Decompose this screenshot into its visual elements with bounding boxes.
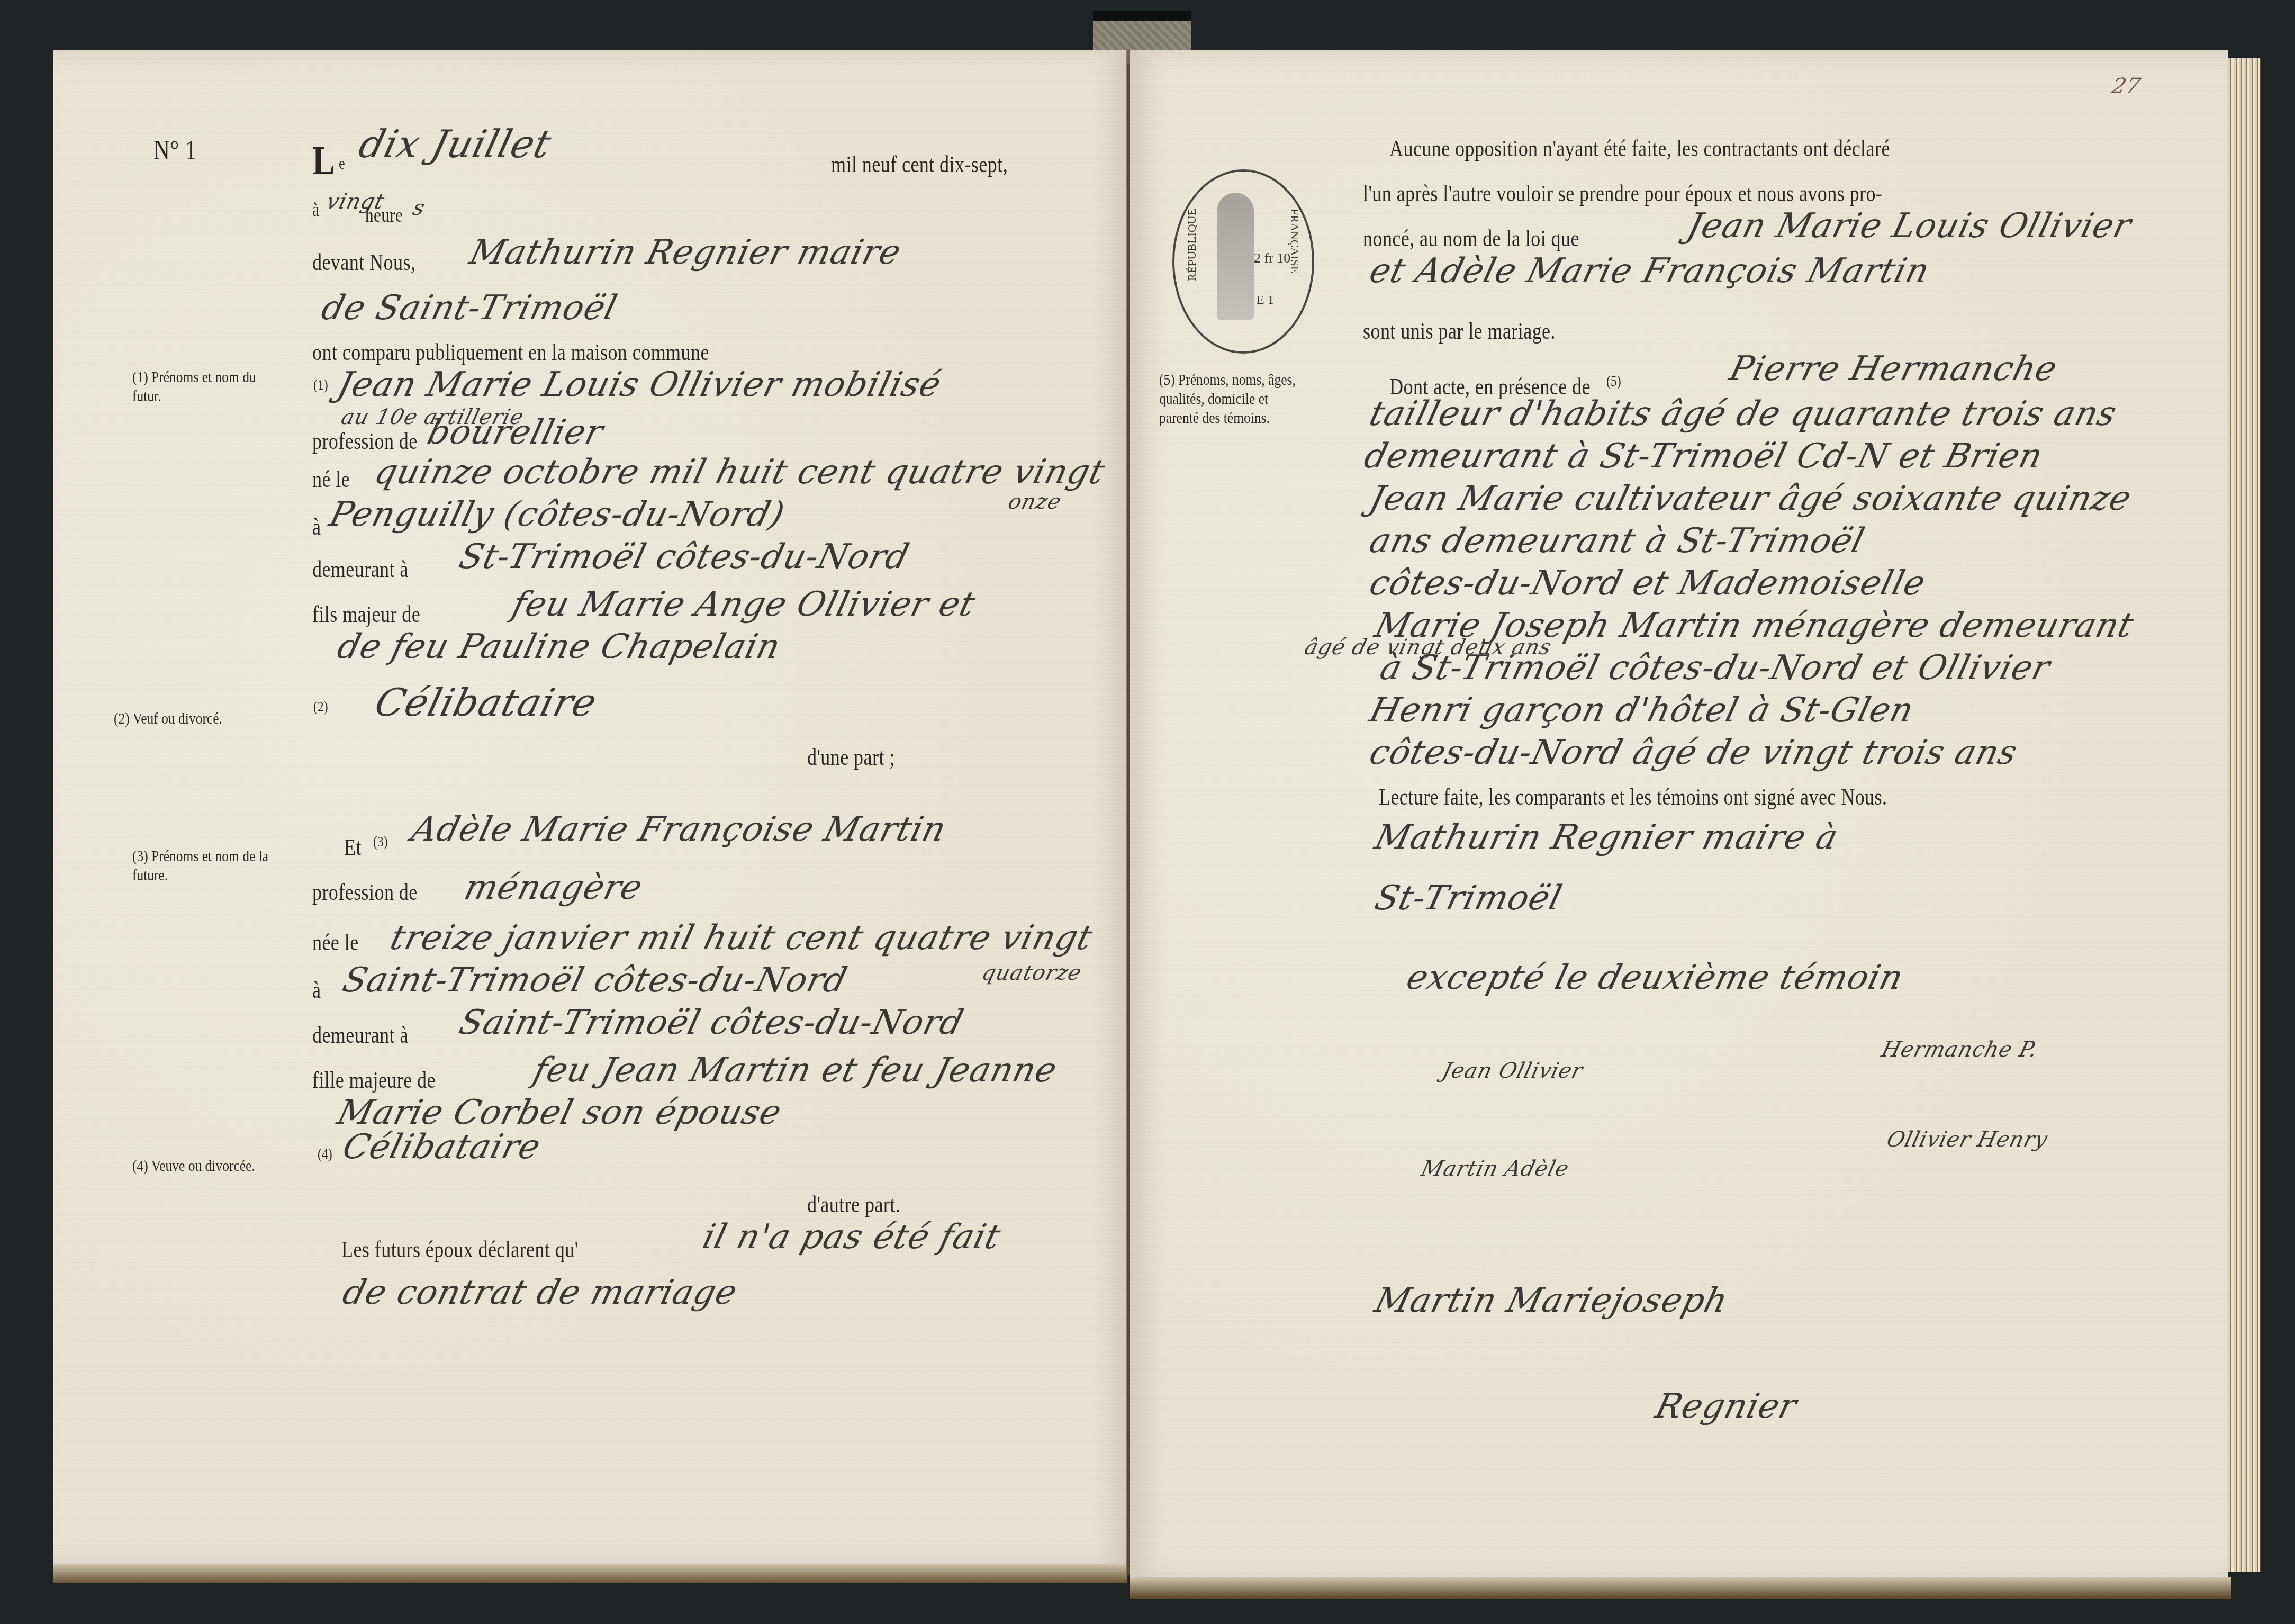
consent-line: l'un après l'autre vouloir se prendre po… (1363, 180, 1882, 207)
pronounced-bride: et Adèle Marie François Martin (1366, 251, 1933, 291)
signature-hermanche: Hermanche P. (1879, 1037, 2040, 1062)
margin-note-1: (1) Prénoms et nom du futur. (132, 368, 267, 406)
signature-regnier: Regnier (1651, 1387, 1801, 1426)
witness-4-details: Henri garçon d'hôtel à St-Glen (1366, 691, 1918, 730)
d-une-part: d'une part ; (807, 744, 895, 771)
folio-number: 27 (2109, 74, 2143, 98)
note-ref-2: (2) (313, 699, 328, 716)
witness-1-name: Pierre Hermanche (1725, 349, 2062, 389)
margin-note-4: (4) Veuve ou divorcée. (132, 1157, 281, 1176)
signature-ollivier-henry: Ollivier Henry (1884, 1127, 2050, 1152)
united-line: sont unis par le mariage. (1363, 318, 1556, 345)
closing-exception: excepté le deuxième témoin (1403, 958, 1908, 997)
stamp-figure-icon (1217, 193, 1254, 320)
closing-commune: St-Trimoël (1371, 879, 1566, 918)
groom-profession: bourellier (423, 413, 608, 452)
bride-demeurant-label: demeurant à (312, 1022, 409, 1049)
bride-parents: feu Jean Martin et feu Jeanne (529, 1051, 1061, 1090)
bride-residence: Saint-Trimoël côtes-du-Nord (455, 1003, 968, 1042)
margin-note-2: (2) Veuf ou divorcé. (114, 709, 267, 728)
bride-birthplace-a-label: à (312, 977, 321, 1004)
drop-cap-suffix: e (339, 154, 345, 173)
groom-birth-date-cont: onze (1006, 490, 1064, 514)
a-label: à (312, 199, 320, 221)
stamp-series: E 1 (1257, 293, 1274, 308)
drop-cap-L: L (312, 137, 335, 184)
note-ref-4: (4) (318, 1146, 332, 1163)
signature-martin-adele: Martin Adèle (1418, 1157, 1571, 1181)
groom-birthplace: Penguilly (côtes-du-Nord) (326, 495, 789, 534)
left-page-bottom-edge (53, 1564, 1127, 1583)
opposition-line: Aucune opposition n'ayant été faite, les… (1389, 135, 1890, 162)
bride-birth-date-cont: quatorze (979, 961, 1085, 985)
marriage-date: dix Juillet (355, 122, 556, 166)
et-label: Et (344, 834, 362, 861)
witness-1-details: tailleur d'habits âgé de quarante trois … (1366, 394, 2121, 434)
witness-2-details: Jean Marie cultivateur âgé soixante quin… (1366, 479, 2136, 518)
witness-4-age: côtes-du-Nord âgé de vingt trois ans (1366, 733, 2021, 772)
birthplace-a-label: à (312, 513, 321, 540)
lecture-faite-line: Lecture faite, les comparants et les tém… (1379, 783, 1887, 810)
groom-birth-date: quinze octobre mil huit cent quatre ving… (371, 453, 1109, 492)
marriage-contract-statement-cont: de contrat de mariage (339, 1273, 742, 1312)
witness-2-residence: ans demeurant à St-Trimoël (1366, 521, 1868, 561)
witness-3-residence: à St-Trimoël côtes-du-Nord et Ollivier (1376, 648, 2054, 688)
nee-le-label: née le (312, 929, 359, 956)
bride-birth-date: treize janvier mil huit cent quatre ving… (386, 918, 1097, 958)
left-page (53, 50, 1127, 1564)
comparu-line: ont comparu publiquement en la maison co… (312, 339, 709, 366)
bride-profession: ménagère (460, 868, 647, 907)
fille-majeure-label: fille majeure de (312, 1067, 436, 1094)
officer-commune: de Saint-Trimoël (318, 288, 621, 328)
futurs-epoux-line: Les futurs époux déclarent qu' (341, 1236, 579, 1263)
groom-civil-status: Célibataire (371, 680, 602, 725)
bride-parents-cont: Marie Corbel son épouse (333, 1093, 785, 1132)
groom-residence: St-Trimoël côtes-du-Nord (455, 537, 913, 576)
book-gutter (1126, 50, 1130, 1575)
groom-name: Jean Marie Louis Ollivier mobilisé (333, 365, 945, 404)
year-line: mil neuf cent dix-sept, (831, 151, 1008, 178)
note-ref-3: (3) (373, 834, 388, 851)
d-autre-part: d'autre part. (807, 1191, 900, 1218)
devant-nous-label: devant Nous, (312, 249, 415, 276)
marriage-contract-statement: il n'a pas été fait (699, 1217, 1005, 1257)
demeurant-label: demeurant à (312, 556, 409, 583)
stamp-text-right: FRANÇAISE (1288, 209, 1302, 273)
witness-3-intro: côtes-du-Nord et Mademoiselle (1366, 564, 1930, 603)
witness-1-residence: demeurant à St-Trimoël Cd-N et Brien (1360, 437, 2047, 476)
bride-birthplace: Saint-Trimoël côtes-du-Nord (339, 961, 851, 1000)
margin-note-3: (3) Prénoms et nom de la future. (132, 847, 276, 885)
margin-note-5: (5) Prénoms, noms, âges, qualités, domic… (1159, 371, 1299, 428)
heure-label: heure (365, 204, 403, 227)
officer-name: Mathurin Regnier maire (466, 233, 905, 272)
signature-martin-mariejoseph: Martin Mariejoseph (1371, 1281, 1732, 1320)
act-number: N° 1 (153, 135, 196, 166)
fils-majeur-label: fils majeur de (312, 601, 420, 628)
note-ref-5: (5) (1606, 373, 1621, 390)
groom-parents: feu Marie Ange Ollivier et (508, 585, 979, 624)
bride-profession-label: profession de (312, 879, 418, 906)
right-page-bottom-edge (1130, 1577, 2231, 1599)
pronounced-groom: Jean Marie Louis Ollivier (1683, 206, 2136, 246)
stamp-value: 2 fr 10 (1254, 251, 1290, 266)
groom-profession-label: profession de (312, 428, 418, 455)
note-ref-1: (1) (313, 377, 328, 394)
stamp-text-left: RÉPUBLIQUE (1185, 209, 1199, 281)
page-stack-edges (2228, 58, 2261, 1572)
tax-stamp: RÉPUBLIQUE 2 fr 10 E 1 FRANÇAISE (1172, 169, 1314, 354)
signature-jean-ollivier: Jean Ollivier (1440, 1059, 1586, 1083)
pronounce-line: noncé, au nom de la loi que (1363, 225, 1579, 252)
groom-parents-cont: de feu Pauline Chapelain (333, 627, 784, 666)
ne-le-label: né le (312, 466, 350, 493)
bride-name: Adèle Marie Françoise Martin (408, 810, 950, 849)
bride-civil-status: Célibataire (339, 1127, 545, 1167)
closing-mayor: Mathurin Regnier maire à (1371, 818, 1842, 857)
